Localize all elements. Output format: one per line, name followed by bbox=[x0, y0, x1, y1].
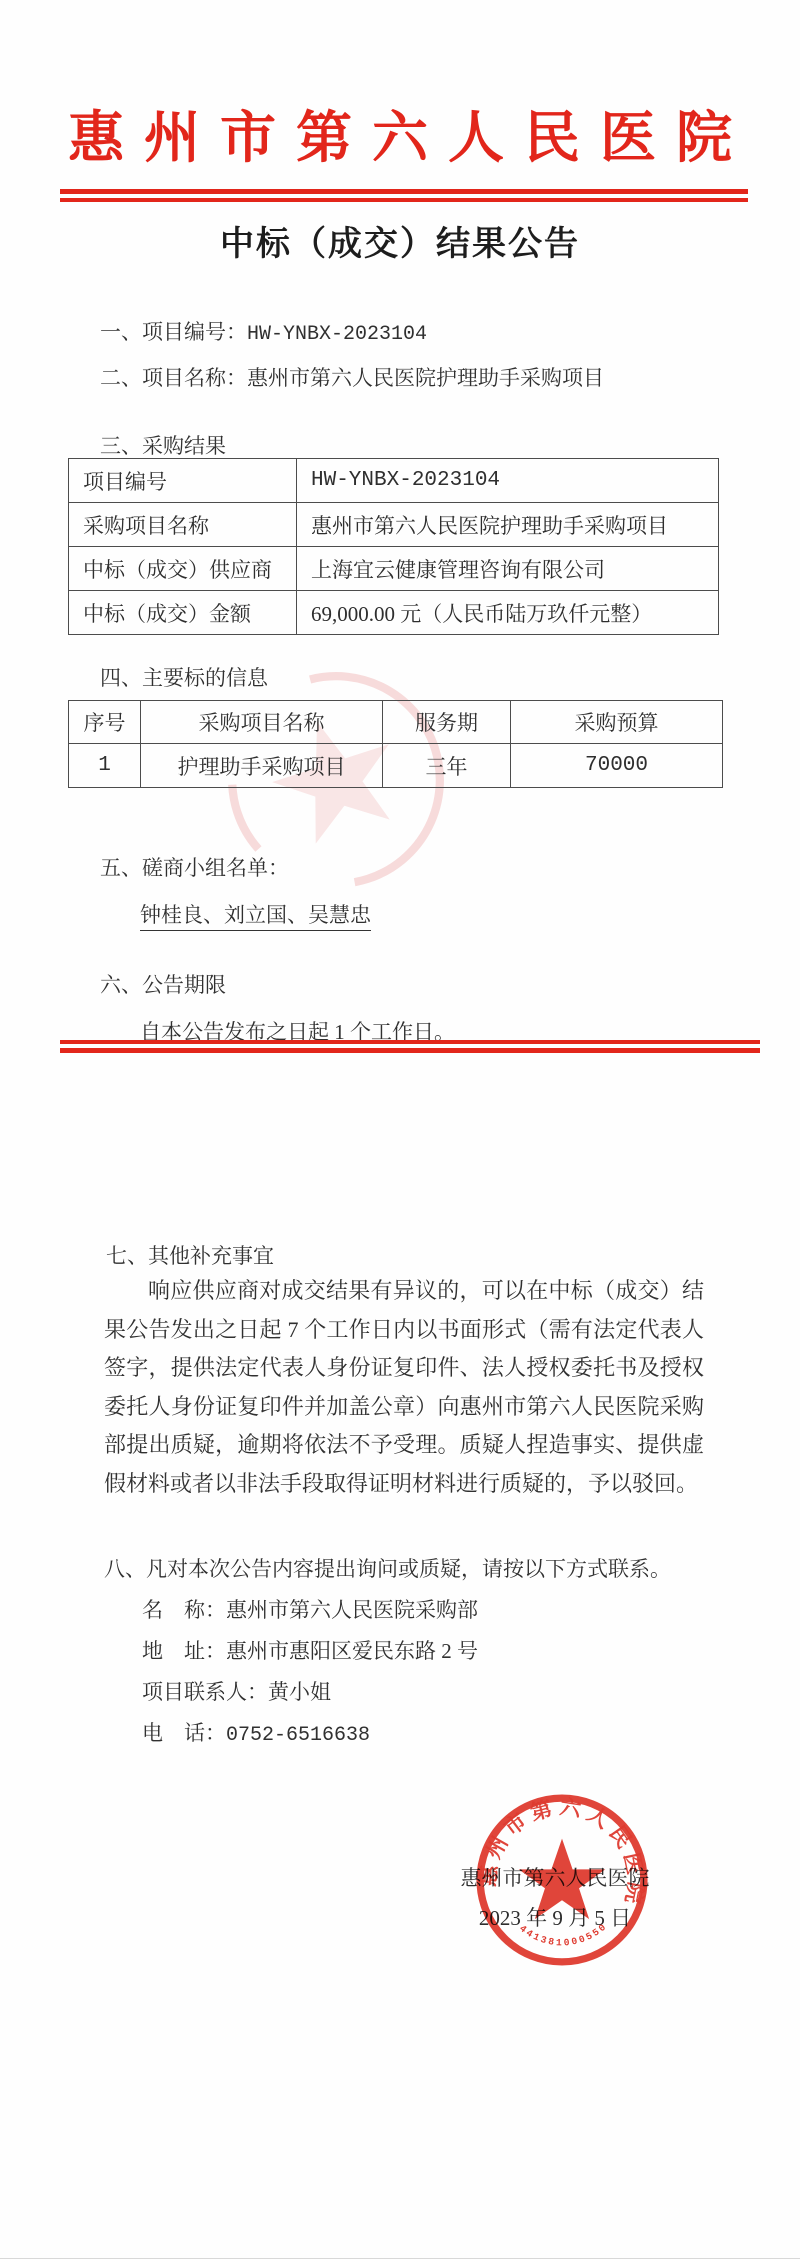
contact-name-label: 名 称： bbox=[142, 1598, 226, 1622]
subject-row-budget: 70000 bbox=[511, 744, 723, 788]
footer-rule-bottom bbox=[60, 1048, 760, 1053]
item-project-name-label: 二、项目名称： bbox=[100, 366, 247, 390]
contact-phone-label: 电 话： bbox=[142, 1721, 226, 1745]
contact-address: 地 址：惠州市惠阳区爱民东路 2 号 bbox=[142, 1635, 478, 1665]
subject-row-term: 三年 bbox=[383, 744, 511, 788]
contact-address-label: 地 址： bbox=[142, 1639, 226, 1663]
heading-contact: 八、凡对本次公告内容提出询问或质疑，请按以下方式联系。 bbox=[104, 1553, 671, 1583]
other-matters-paragraph: 响应供应商对成交结果有异议的，可以在中标（成交）结果公告发出之日起 7 个工作日… bbox=[104, 1272, 704, 1503]
table-row: 采购项目名称 惠州市第六人民医院护理助手采购项目 bbox=[69, 503, 719, 547]
result-row-value: 69,000.00 元（人民币陆万玖仟元整） bbox=[297, 591, 719, 635]
item-project-number-value: HW-YNBX-2023104 bbox=[247, 323, 427, 346]
result-table: 项目编号 HW-YNBX-2023104 采购项目名称 惠州市第六人民医院护理助… bbox=[68, 458, 719, 635]
subject-col-term: 服务期 bbox=[383, 701, 511, 744]
result-row-label: 中标（成交）金额 bbox=[69, 591, 297, 635]
letterhead-rule-top bbox=[60, 189, 748, 194]
table-row: 1 护理助手采购项目 三年 70000 bbox=[69, 744, 723, 788]
contact-person-value: 黄小姐 bbox=[268, 1680, 331, 1704]
panel-names: 钟桂良、刘立国、吴慧忠 bbox=[140, 899, 371, 929]
subject-table: 序号 采购项目名称 服务期 采购预算 1 护理助手采购项目 三年 70000 bbox=[68, 700, 723, 788]
heading-notice-period: 六、公告期限 bbox=[100, 969, 226, 999]
footer-rule-top bbox=[60, 1040, 760, 1044]
document-page: 惠州市第六人民医院 中标（成交）结果公告 一、项目编号：HW-YNBX-2023… bbox=[0, 0, 800, 2259]
letterhead-rule-bottom bbox=[60, 198, 748, 202]
panel-names-text: 钟桂良、刘立国、吴慧忠 bbox=[140, 903, 371, 931]
contact-name: 名 称：惠州市第六人民医院采购部 bbox=[142, 1594, 478, 1624]
contact-person: 项目联系人：黄小姐 bbox=[142, 1676, 331, 1706]
subject-row-no: 1 bbox=[69, 744, 141, 788]
contact-phone-value: 0752-6516638 bbox=[226, 1724, 370, 1747]
subject-col-no: 序号 bbox=[69, 701, 141, 744]
seal-star-icon bbox=[519, 1839, 605, 1920]
table-row: 项目编号 HW-YNBX-2023104 bbox=[69, 459, 719, 503]
result-row-label: 项目编号 bbox=[69, 459, 297, 503]
heading-panel-list: 五、磋商小组名单： bbox=[100, 852, 289, 882]
result-row-value: HW-YNBX-2023104 bbox=[297, 459, 719, 503]
page-title: 中标（成交）结果公告 bbox=[0, 216, 800, 265]
table-row: 中标（成交）金额 69,000.00 元（人民币陆万玖仟元整） bbox=[69, 591, 719, 635]
result-row-label: 中标（成交）供应商 bbox=[69, 547, 297, 591]
subject-col-budget: 采购预算 bbox=[511, 701, 723, 744]
contact-name-value: 惠州市第六人民医院采购部 bbox=[226, 1598, 478, 1622]
table-row: 中标（成交）供应商 上海宜云健康管理咨询有限公司 bbox=[69, 547, 719, 591]
item-project-number-label: 一、项目编号： bbox=[100, 320, 247, 344]
heading-result: 三、采购结果 bbox=[100, 430, 226, 460]
official-seal-stamp: 惠州市第六人民医院 4413810005502 bbox=[470, 1788, 654, 1972]
result-row-label: 采购项目名称 bbox=[69, 503, 297, 547]
table-header-row: 序号 采购项目名称 服务期 采购预算 bbox=[69, 701, 723, 744]
letterhead-org-name: 惠州市第六人民医院 bbox=[0, 94, 800, 174]
item-project-number: 一、项目编号：HW-YNBX-2023104 bbox=[100, 316, 427, 346]
result-row-value: 上海宜云健康管理咨询有限公司 bbox=[297, 547, 719, 591]
subject-col-name: 采购项目名称 bbox=[141, 701, 383, 744]
subject-row-name: 护理助手采购项目 bbox=[141, 744, 383, 788]
contact-phone: 电 话：0752-6516638 bbox=[142, 1717, 370, 1747]
result-row-value: 惠州市第六人民医院护理助手采购项目 bbox=[297, 503, 719, 547]
heading-other-matters: 七、其他补充事宜 bbox=[106, 1240, 274, 1270]
item-project-name-value: 惠州市第六人民医院护理助手采购项目 bbox=[247, 366, 604, 390]
contact-address-value: 惠州市惠阳区爱民东路 2 号 bbox=[226, 1639, 478, 1663]
item-project-name: 二、项目名称：惠州市第六人民医院护理助手采购项目 bbox=[100, 362, 604, 392]
contact-person-label: 项目联系人： bbox=[142, 1680, 268, 1704]
